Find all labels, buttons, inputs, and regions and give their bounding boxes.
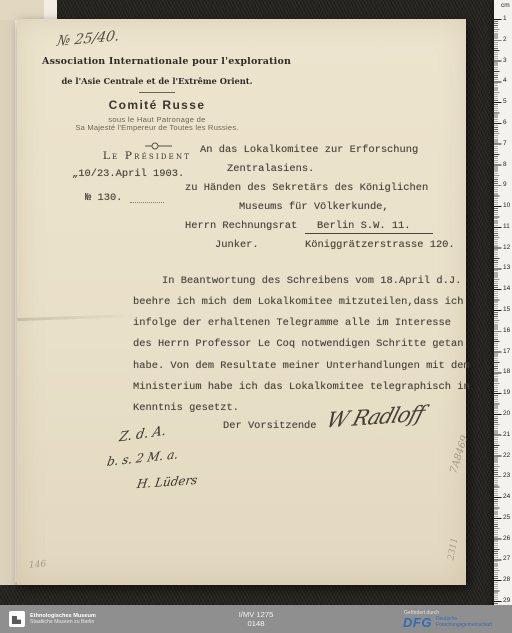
address-line4: Museums für Völkerkunde, [239,201,389,213]
letterhead-divider [139,92,175,93]
paper-tab [44,0,57,19]
address-line6b: Königgrätzerstrasse 120. [305,239,455,251]
address-line5a: Herrn Rechnungsrat [185,220,297,232]
ruler-number: 6 [503,119,507,126]
body-line: Kenntnis gesetzt. [133,402,239,414]
funding-block: Gefördert durch DFG Deutsche Forschungsg… [403,610,498,629]
address-line3: zu Händen des Sekretärs des Königlichen [185,182,428,194]
ruler-number: 16 [503,327,510,334]
body-line: Ministerium habe ich das Lokalkomitee te… [133,381,470,393]
body-line: In Beantwortung des Schreibens vom 18.Ap… [162,275,461,287]
annotation-note2: b. s. 2 M. a. [106,447,180,469]
ruler-unit-label: cm [501,2,510,9]
ruler-number: 29 [503,597,510,604]
ruler-number: 9 [503,181,507,188]
ruler-number: 26 [503,535,510,542]
ruler-number: 20 [503,410,510,417]
ruler-number: 10 [503,202,510,209]
ruler-number: 5 [503,98,507,105]
ruler-number: 14 [503,285,510,292]
ruler-number: 17 [503,348,510,355]
archive-footer: Ethnologisches Museum Staatliche Museen … [0,605,512,633]
ruler-number: 8 [503,161,507,168]
ruler: cm 1234567891011121314151617181920212223… [494,0,512,633]
registry-note: № 25/40. [56,28,121,50]
ruler-number: 13 [503,264,510,271]
museum-text: Ethnologisches Museum Staatliche Museen … [30,613,96,626]
address-line1: An das Lokalkomitee zur Erforschung [200,144,418,156]
shelfmark-block: I/MV 1275 0148 [239,610,274,629]
document-scan: № 25/40. Association Internationale pour… [0,0,512,633]
letterhead-committee: Comité Russe [42,98,272,112]
ruler-number: 3 [503,57,507,64]
letterhead-org-line2: de l'Asie Centrale et de l'Extrême Orien… [42,76,272,86]
dfg-wordmark: DFG [403,617,432,629]
body-line: des Herrn Professor Le Coq notwendigen S… [133,338,463,350]
ruler-number: 21 [503,431,510,438]
pencil-side-mark2: 2311 [447,537,461,561]
ruler-number: 4 [503,77,507,84]
museum-logo-icon [9,611,25,627]
letter-page: № 25/40. Association Internationale pour… [17,19,466,585]
ruler-number: 25 [503,514,510,521]
letterhead-patronage2: Sa Majesté l'Empereur de Toutes les Russ… [42,123,272,132]
berlin-underline [305,220,433,234]
ruler-number: 7 [503,140,507,147]
museum-branding: Ethnologisches Museum Staatliche Museen … [9,611,96,627]
ruler-number: 23 [503,472,510,479]
annotation-note3: H. Lüders [136,473,198,491]
paper-crease [17,314,137,321]
ruler-number: 18 [503,368,510,375]
address-line6a: Junker. [215,239,259,251]
closing-label: Der Vorsitzende [223,420,317,432]
ruler-number: 11 [503,223,510,230]
number-dotline [130,192,164,203]
letter-date: „10/23.April 1903. [72,168,184,180]
dfg-name-line2: Forschungsgemeinschaft [436,622,492,628]
ruler-number: 24 [503,493,510,500]
ruler-number: 19 [503,389,510,396]
museum-subtitle: Staatliche Museen zu Berlin [30,619,96,626]
pencil-corner-mark: 146 [29,559,47,570]
body-line: beehre ich mich dem Lokalkomitee mitzute… [133,296,463,308]
annotation-note1: Z. d. A. [118,423,167,445]
dfg-name: Deutsche Forschungsgemeinschaft [436,617,498,628]
scan-number: 0148 [239,619,274,629]
body-line: infolge der erhaltenen Telegramme alle i… [133,317,451,329]
ruler-number: 12 [503,244,510,251]
chairman-signature: W Radloff [324,401,427,432]
ruler-number: 28 [503,576,510,583]
body-line: habe. Von dem Resultate meiner Unterhand… [133,360,470,372]
letter-number: № 130. [85,192,122,204]
ruler-number: 2 [503,36,507,43]
ruler-number: 22 [503,452,510,459]
ruler-number: 1 [503,15,507,22]
ruler-number: 27 [503,555,510,562]
address-line2: Zentralasiens. [227,163,314,175]
underlying-page-corner [0,0,44,20]
pencil-side-mark1: 7A8469 [448,434,471,475]
dfg-logo: DFG Deutsche Forschungsgemeinschaft [403,617,498,629]
ruler-number: 15 [503,306,510,313]
shelfmark: I/MV 1275 [239,610,274,620]
letterhead-org-line1: Association Internationale pour l'explor… [42,56,272,67]
